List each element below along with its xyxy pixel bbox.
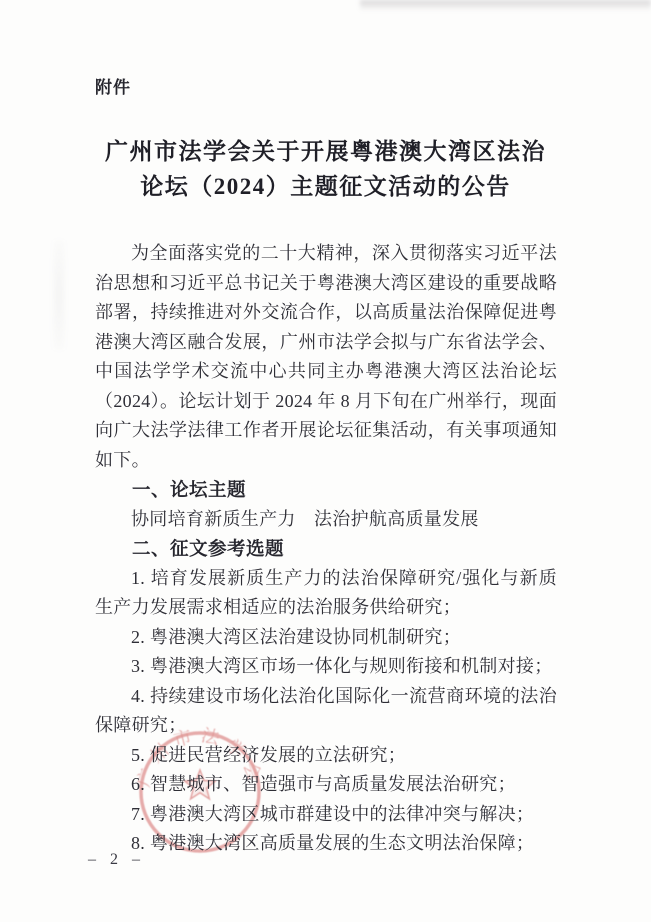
- scanned-document-page: 附件 广州市法学会关于开展粤港澳大湾区法治 论坛（2024）主题征文活动的公告 …: [0, 0, 651, 922]
- document-title-line2: 论坛（2024）主题征文活动的公告: [0, 169, 651, 204]
- topic-item: 4. 持续建设市场化法治化国际化一流营商环境的法治保障研究；: [95, 682, 557, 741]
- document-title-line1: 广州市法学会关于开展粤港澳大湾区法治: [0, 134, 651, 169]
- topic-item: 7. 粤港澳大湾区城市群建设中的法律冲突与解决；: [95, 800, 557, 830]
- scan-artifact: [360, 0, 651, 11]
- topic-item: 3. 粤港澳大湾区市场一体化与规则衔接和机制对接；: [95, 652, 557, 682]
- topic-item: 2. 粤港澳大湾区法治建设协同机制研究；: [95, 623, 557, 653]
- topic-item: 6. 智慧城市、智造强市与高质量发展法治研究；: [95, 770, 557, 800]
- forum-theme-text: 协同培育新质生产力 法治护航高质量发展: [95, 505, 557, 535]
- topic-item: 8. 粤港澳大湾区高质量发展的生态文明法治保障；: [95, 829, 557, 859]
- topic-item: 5. 促进民营经济发展的立法研究；: [95, 741, 557, 771]
- attachment-label: 附件: [95, 73, 131, 98]
- section-heading-forum-theme: 一、论坛主题: [95, 475, 557, 505]
- intro-paragraph: 为全面落实党的二十大精神，深入贯彻落实习近平法治思想和习近平总书记关于粤港澳大湾…: [95, 239, 557, 475]
- scan-artifact: [52, 240, 66, 350]
- topic-item: 1. 培育发展新质生产力的法治保障研究/强化与新质生产力发展需求相适应的法治服务…: [95, 564, 557, 623]
- document-title: 广州市法学会关于开展粤港澳大湾区法治 论坛（2024）主题征文活动的公告: [0, 134, 651, 204]
- section-heading-reference-topics: 二、征文参考选题: [95, 534, 557, 564]
- document-body: 为全面落实党的二十大精神，深入贯彻落实习近平法治思想和习近平总书记关于粤港澳大湾…: [95, 239, 557, 859]
